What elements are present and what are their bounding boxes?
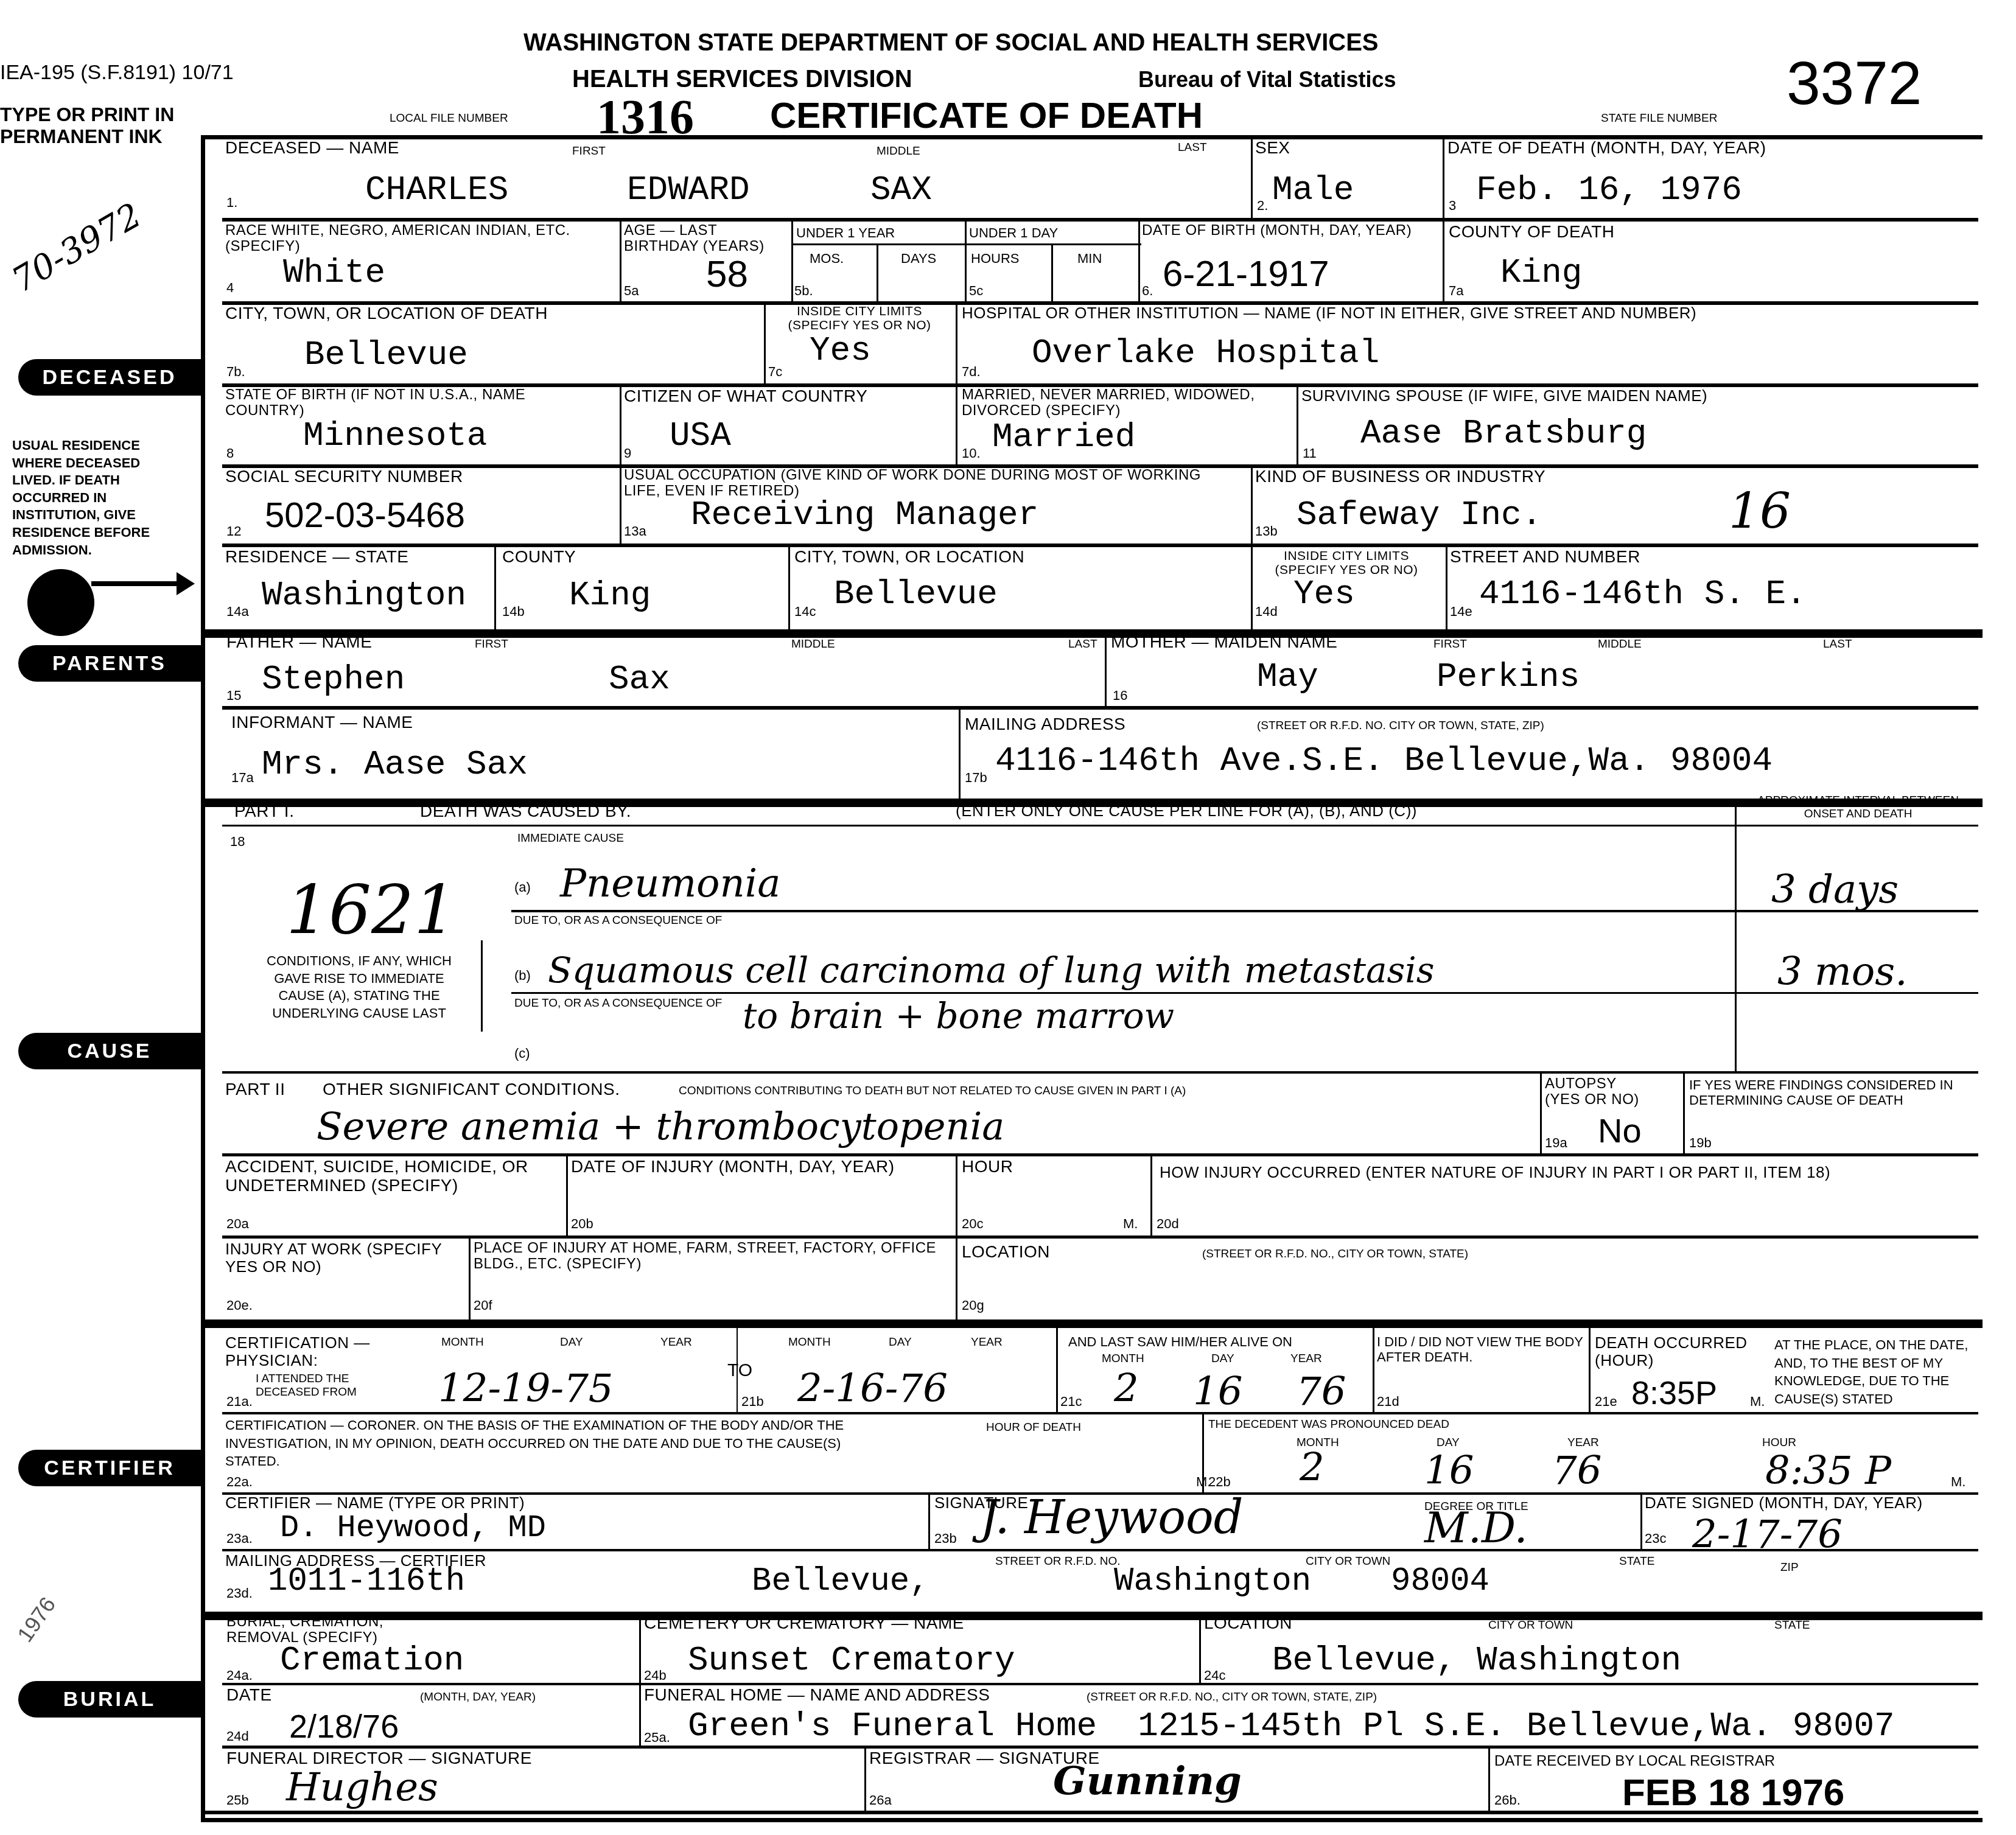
rule (222, 1683, 1978, 1685)
divider (1251, 545, 1253, 629)
race-value: White (283, 256, 385, 290)
item-number: 19b (1689, 1135, 1712, 1151)
res-inside-value: Yes (1293, 577, 1355, 611)
to-label: TO (727, 1360, 752, 1381)
informant-value: Mrs. Aase Sax (262, 747, 528, 781)
divider (864, 1748, 866, 1814)
state-file-number: 3372 (1787, 49, 1922, 119)
tab-parents: PARENTS (18, 645, 201, 682)
month-label: MONTH (1102, 1352, 1144, 1366)
place-label: PLACE OF INJURY AT HOME, FARM, STREET, F… (474, 1240, 948, 1273)
city-hint: CITY OR TOWN (1306, 1555, 1390, 1568)
last-saw-year: 76 (1297, 1372, 1346, 1411)
funeral-home-hint: (STREET OR R.F.D. NO., CITY OR TOWN, STA… (1087, 1691, 1377, 1704)
item-number: 10. (962, 446, 981, 461)
at-work-label: INJURY AT WORK (SPECIFY YES OR NO) (225, 1240, 457, 1275)
deceased-last: SAX (870, 173, 932, 207)
divider (956, 1155, 957, 1321)
item-number: 16 (1113, 688, 1127, 704)
certifier-signature: J. Heywood (980, 1494, 1243, 1540)
year-label: YEAR (660, 1336, 692, 1349)
tab-burial: BURIAL (18, 1681, 201, 1718)
physician-label: CERTIFICATION — PHYSICIAN: (225, 1334, 371, 1369)
item-number: 23c (1645, 1531, 1666, 1547)
month-label: MONTH (788, 1336, 831, 1349)
day-label: DAY (1437, 1436, 1460, 1450)
state-hint: STATE (1619, 1555, 1654, 1568)
divider (1297, 385, 1298, 466)
hospital-label: HOSPITAL OR OTHER INSTITUTION — NAME (IF… (962, 304, 1696, 322)
last-label: LAST (1178, 141, 1207, 155)
divider (1251, 139, 1253, 220)
cause-a-interval: 3 days (1771, 870, 1899, 909)
department-title: WASHINGTON STATE DEPARTMENT OF SOCIAL AN… (523, 29, 1379, 57)
hour-label: HOUR (1762, 1436, 1796, 1450)
conditions-note: CONDITIONS, IF ANY, WHICH GAVE RISE TO I… (256, 952, 463, 1022)
res-inside-label: INSIDE CITY LIMITS (SPECIFY YES OR NO) (1255, 549, 1438, 577)
occupation-value: Receiving Manager (691, 498, 1038, 532)
last-label: LAST (1823, 638, 1852, 651)
days-label: DAYS (901, 251, 936, 266)
cemetery-value: Sunset Crematory (688, 1643, 1015, 1677)
res-state-value: Washington (262, 578, 466, 612)
spouse-label: SURVIVING SPOUSE (IF WIFE, GIVE MAIDEN N… (1301, 387, 1707, 405)
death-hour: 8:35P (1631, 1377, 1717, 1410)
divider (1051, 243, 1053, 302)
certifier-zip: 98004 (1391, 1565, 1489, 1598)
item-number: 14c (794, 604, 816, 620)
item-number: 5c (969, 283, 983, 299)
divider (566, 1155, 568, 1237)
year-label: YEAR (1290, 1352, 1322, 1366)
margin-note: 70-3972 (7, 198, 147, 299)
first-label: FIRST (1433, 638, 1467, 651)
item-number: 1. (226, 195, 237, 211)
residence-note: USUAL RESIDENCE WHERE DECEASED LIVED. IF… (12, 437, 170, 559)
occupation-label: USUAL OCCUPATION (GIVE KIND OF WORK DONE… (624, 467, 1233, 500)
item-number: 20f (474, 1298, 492, 1313)
location-hint: (STREET OR R.F.D. NO., CITY OR TOWN, STA… (1202, 1248, 1468, 1261)
divider (959, 708, 961, 799)
arrow-right-icon (91, 581, 189, 586)
registrar-signature: Gunning (1053, 1762, 1242, 1801)
marital-value: Married (992, 420, 1135, 454)
item-number: 2. (1257, 198, 1268, 214)
divider (1105, 629, 1107, 707)
item-number: 20g (962, 1298, 984, 1313)
tab-deceased: DECEASED (18, 359, 201, 396)
item-number: 21c (1060, 1394, 1082, 1410)
deceased-middle: EDWARD (627, 173, 750, 207)
item-number: 22a. (226, 1474, 253, 1490)
middle-label: MIDDLE (791, 638, 835, 651)
item-number: 26b. (1494, 1792, 1521, 1808)
due-to-label-b: DUE TO, OR AS A CONSEQUENCE OF (514, 997, 722, 1010)
death-hour-label: DEATH OCCURRED (HOUR) (1595, 1334, 1771, 1369)
divider (877, 243, 878, 302)
item-number: 21e (1595, 1394, 1617, 1410)
marital-label: MARRIED, NEVER MARRIED, WIDOWED, DIVORCE… (962, 387, 1260, 419)
item-number: 24c (1204, 1668, 1225, 1683)
divider (1373, 1321, 1374, 1413)
pronounced-year: 76 (1552, 1452, 1601, 1491)
rule (222, 825, 1978, 827)
item-number: 21a. (226, 1394, 253, 1410)
divider (1443, 139, 1444, 220)
item-number: 7a (1449, 283, 1463, 299)
item-number: 20a (226, 1216, 249, 1232)
day-label: DAY (889, 1336, 912, 1349)
date-of-birth: 6-21-1917 (1163, 256, 1329, 292)
business-value: Safeway Inc. (1297, 498, 1542, 532)
mother-first: May (1257, 660, 1318, 694)
mailing-value: 4116-146th Ave.S.E. Bellevue,Wa. 98004 (995, 744, 1773, 778)
divider (494, 545, 496, 629)
inside-limits-label: INSIDE CITY LIMITS (SPECIFY YES OR NO) (768, 304, 951, 332)
rule (201, 1811, 1978, 1814)
father-last: Sax (609, 662, 670, 696)
injury-date-label: DATE OF INJURY (MONTH, DAY, YEAR) (571, 1158, 894, 1176)
rule (222, 1236, 1978, 1239)
date-signed: 2-17-76 (1692, 1515, 1843, 1554)
divider (956, 385, 957, 466)
sex-label: SEX (1255, 139, 1290, 158)
inside-limits-value: Yes (810, 334, 871, 368)
divider (481, 940, 483, 1032)
divider (620, 385, 621, 545)
age-label: AGE — LAST BIRTHDAY (YEARS) (624, 223, 788, 255)
item-number: 11 (1303, 446, 1317, 461)
name-label: DECEASED — NAME (225, 139, 399, 158)
res-city-label: CITY, TOWN, OR LOCATION (794, 548, 1024, 567)
item-number: 3 (1449, 198, 1456, 214)
race-label: RACE WHITE, NEGRO, AMERICAN INDIAN, ETC.… (225, 223, 615, 255)
item-number: 18 (230, 834, 245, 850)
item-number: 23a. (226, 1531, 253, 1547)
attended-to: 2-16-76 (797, 1369, 948, 1408)
item-number: 8 (226, 446, 234, 461)
rule (511, 992, 1978, 994)
father-first: Stephen (262, 662, 405, 696)
middle-label: MIDDLE (877, 145, 920, 158)
m-suffix: M. (1951, 1474, 1965, 1490)
certifier-street: 1011-116th (268, 1565, 465, 1598)
state-file-label: STATE FILE NUMBER (1601, 112, 1717, 125)
instruction-line1: TYPE OR PRINT IN (0, 103, 174, 126)
item-number: 17b (965, 770, 987, 786)
mailing-label: MAILING ADDRESS (965, 715, 1125, 734)
cause-c-label: (c) (514, 1046, 530, 1061)
divider (1056, 1321, 1058, 1413)
attended-from: 12-19-75 (438, 1369, 614, 1408)
divider (956, 303, 957, 385)
item-number: 25b (226, 1792, 249, 1808)
city-label: CITY, TOWN, OR LOCATION OF DEATH (225, 304, 548, 323)
mother-label: MOTHER — MAIDEN NAME (1111, 633, 1337, 652)
street-label: STREET AND NUMBER (1450, 548, 1640, 567)
bureau-title: Bureau of Vital Statistics (1138, 67, 1396, 93)
certifier-degree: M.D. (1424, 1506, 1528, 1549)
birth-state-value: Minnesota (303, 419, 487, 453)
received-date: FEB 18 1976 (1622, 1774, 1844, 1812)
location-label: LOCATION (962, 1243, 1050, 1262)
item-number: 24d (226, 1728, 249, 1744)
disposition-value: Cremation (280, 1643, 464, 1677)
cause-a-label: (a) (514, 879, 531, 895)
divider (1640, 1494, 1642, 1550)
attended-label: I ATTENDED THE DECEASED FROM (256, 1372, 414, 1399)
date-hint: (MONTH, DAY, YEAR) (420, 1691, 536, 1704)
city-value: Bellevue (304, 338, 468, 372)
burial-location: Bellevue, Washington (1272, 1643, 1681, 1677)
item-number: 25a. (644, 1730, 670, 1746)
divider (1202, 1413, 1204, 1494)
immediate-label: IMMEDIATE CAUSE (517, 832, 624, 845)
findings-label: IF YES WERE FINDINGS CONSIDERED IN DETER… (1689, 1077, 1975, 1108)
day-label: DAY (560, 1336, 583, 1349)
item-number: 26a (869, 1792, 892, 1808)
rule (222, 706, 1978, 710)
cause-b: Squamous cell carcinoma of lung with met… (548, 952, 1435, 988)
funeral-home-value: Green's Funeral Home 1215-145th Pl S.E. … (688, 1709, 1895, 1743)
item-number: 23b (934, 1531, 957, 1547)
arrow-head-icon (177, 572, 195, 595)
item-number: 13b (1255, 523, 1278, 539)
item-number: 20b (571, 1216, 593, 1232)
county-value: King (1500, 256, 1582, 290)
funeral-home-label: FUNERAL HOME — NAME AND ADDRESS (644, 1686, 990, 1705)
item-number: 9 (624, 446, 631, 461)
enter-one-label: (ENTER ONLY ONE CAUSE PER LINE FOR (a), … (956, 802, 1417, 820)
ssn-label: SOCIAL SECURITY NUMBER (225, 467, 463, 486)
mos-label: MOS. (810, 251, 844, 266)
divider (1540, 1072, 1542, 1155)
last-saw-label: AND LAST SAW HIM/HER ALIVE ON (1068, 1334, 1292, 1349)
divider (469, 1238, 471, 1321)
pronounced-hour: 8:35 P (1765, 1452, 1891, 1491)
business-label: KIND OF BUSINESS OR INDUSTRY (1255, 467, 1545, 486)
divider (1150, 1155, 1152, 1237)
pointer-dot-icon (27, 569, 94, 636)
view-body-label: I DID / DID NOT VIEW THE BODY AFTER DEAT… (1377, 1334, 1584, 1365)
divider (1138, 222, 1140, 302)
under-year-label: UNDER 1 YEAR (796, 225, 895, 240)
item-number: 5a (624, 283, 639, 299)
divider (1735, 799, 1737, 1072)
certifier-city: Bellevue, (752, 1565, 929, 1598)
res-state-label: RESIDENCE — STATE (225, 548, 409, 567)
hospital-value: Overlake Hospital (1032, 336, 1379, 370)
form-id: IEA-195 (S.F.8191) 10/71 (0, 61, 234, 85)
autopsy-label: AUTOPSY (YES OR NO) (1545, 1076, 1654, 1108)
autopsy-value: No (1598, 1114, 1642, 1148)
m-suffix: M. (1750, 1394, 1765, 1410)
pronounced-month: 2 (1300, 1449, 1325, 1487)
last-saw-day: 16 (1193, 1372, 1242, 1411)
date-of-death: Feb. 16, 1976 (1476, 173, 1742, 207)
item-number: 20c (962, 1216, 983, 1232)
tab-cause: CAUSE (18, 1033, 201, 1069)
certifier-name: D. Heywood, MD (280, 1512, 546, 1544)
burial-location-label: LOCATION (1204, 1614, 1292, 1633)
deceased-first: CHARLES (365, 173, 508, 207)
item-number: 22b (1208, 1474, 1231, 1490)
burial-date-label: DATE (226, 1686, 272, 1705)
item-number: 14a (226, 604, 249, 620)
item-number: 14d (1255, 604, 1278, 620)
caused-by-label: DEATH WAS CAUSED BY. (420, 802, 631, 821)
rule (222, 1412, 1978, 1414)
local-file-label: LOCAL FILE NUMBER (390, 112, 508, 125)
cemetery-label: CEMETERY OR CREMATORY — NAME (644, 1614, 964, 1633)
business-annotation: 16 (1729, 487, 1791, 536)
rule (222, 218, 1978, 222)
last-saw-month: 2 (1114, 1369, 1139, 1408)
item-number: 12 (226, 523, 241, 539)
rule (222, 1153, 1978, 1156)
due-to-label-a: DUE TO, OR AS A CONSEQUENCE OF (514, 914, 722, 928)
street-hint: STREET OR R.F.D. NO. (995, 1555, 1121, 1568)
cause-b-interval: 3 mos. (1777, 952, 1907, 991)
item-number: 7d. (962, 364, 981, 380)
item-number: 14b (502, 604, 525, 620)
item-number: 20e. (226, 1298, 253, 1313)
first-label: FIRST (475, 638, 508, 651)
divider (639, 1613, 641, 1747)
informant-label: INFORMANT — NAME (231, 713, 413, 732)
cause-b-cont: to brain + bone marrow (743, 998, 1174, 1033)
cause-code: 1621 (286, 876, 457, 943)
citizen-value: USA (670, 419, 731, 453)
item-number: 20d (1157, 1216, 1179, 1232)
item-number: 17a (231, 770, 254, 786)
instruction-line2: PERMANENT INK (0, 125, 163, 148)
item-number: 14e (1450, 604, 1472, 620)
item-number: 13a (624, 523, 646, 539)
ssn-value: 502-03-5468 (265, 498, 465, 533)
item-number: 7c (768, 364, 782, 380)
item-number: 24b (644, 1668, 667, 1683)
year-label: YEAR (1567, 1436, 1599, 1450)
zip-hint: ZIP (1780, 1561, 1799, 1575)
divider (1446, 545, 1447, 629)
hour-label: HOUR (962, 1158, 1013, 1176)
min-label: MIN (1077, 251, 1102, 266)
divider (764, 303, 766, 385)
item-number: 24a. (226, 1668, 253, 1683)
received-stamp: 1976 (12, 1592, 61, 1647)
rule (222, 544, 1978, 547)
interval-label: APPROXIMATE INTERVAL BETWEEN ONSET AND D… (1738, 794, 1978, 821)
item-number: 21b (741, 1394, 764, 1410)
item-number: 19a (1545, 1135, 1567, 1151)
state-hint: STATE (1774, 1619, 1810, 1632)
divider (1683, 1072, 1685, 1155)
other-label: OTHER SIGNIFICANT CONDITIONS. (323, 1080, 620, 1099)
res-county-label: COUNTY (502, 548, 576, 567)
rule (511, 910, 1978, 912)
other-conditions: Severe anemia + thrombocytopenia (317, 1108, 1004, 1145)
item-number: 7b. (226, 364, 245, 380)
director-signature: Hughes (286, 1768, 438, 1807)
day-label: DAY (1211, 1352, 1234, 1366)
county-label: COUNTY OF DEATH (1449, 223, 1614, 242)
pronounced-day: 16 (1424, 1452, 1474, 1491)
cause-b-label: (b) (514, 968, 531, 984)
m-suffix: M. (1123, 1216, 1138, 1232)
hours-label: HOURS (971, 251, 1019, 266)
item-number: 15 (226, 688, 241, 704)
item-number: 21d (1377, 1394, 1399, 1410)
divider (965, 222, 967, 302)
burial-date: 2/18/76 (289, 1710, 399, 1743)
father-label: FATHER — NAME (226, 633, 372, 652)
age-value: 58 (706, 256, 748, 293)
citizen-label: CITIZEN OF WHAT COUNTRY (624, 387, 867, 406)
dod-label: DATE OF DEATH (MONTH, DAY, YEAR) (1447, 139, 1766, 158)
middle-label: MIDDLE (1598, 638, 1642, 651)
part2-label: PART II (225, 1080, 285, 1099)
how-label: HOW INJURY OCCURRED (ENTER NATURE OF INJ… (1160, 1164, 1830, 1181)
divider (791, 222, 793, 302)
received-label: DATE RECEIVED BY LOCAL REGISTRAR (1494, 1753, 1775, 1770)
date-signed-label: DATE SIGNED (MONTH, DAY, YEAR) (1645, 1494, 1923, 1512)
other-hint: CONDITIONS CONTRIBUTING TO DEATH BUT NOT… (679, 1085, 1186, 1098)
res-county-value: King (569, 578, 651, 612)
spouse-value: Aase Bratsburg (1360, 416, 1647, 450)
coroner-label: CERTIFICATION — CORONER. ON THE BASIS OF… (225, 1416, 864, 1470)
divider (1589, 1321, 1591, 1413)
divider (1488, 1748, 1490, 1814)
last-label: LAST (1068, 638, 1097, 651)
division-title: HEALTH SERVICES DIVISION (572, 66, 912, 93)
item-number: 5b. (794, 283, 813, 299)
hour-of-death-label: HOUR OF DEATH (986, 1421, 1081, 1435)
divider (928, 1494, 930, 1550)
divider (1443, 222, 1444, 302)
first-label: FIRST (572, 145, 606, 158)
certifier-state: Washington (1114, 1565, 1311, 1598)
attest-label: AT THE PLACE, ON THE DATE, AND, TO THE B… (1774, 1336, 1975, 1408)
item-number: 23d. (226, 1585, 253, 1601)
divider (1251, 466, 1253, 545)
pronounced-label: THE DECEDENT WAS PRONOUNCED DEAD (1208, 1418, 1449, 1431)
divider (1199, 1613, 1201, 1685)
item-number: 6. (1142, 283, 1153, 299)
sex-value: Male (1272, 173, 1354, 207)
certificate-title: CERTIFICATE OF DEATH (770, 94, 1203, 136)
certifier-name-label: CERTIFIER — NAME (TYPE OR PRINT) (225, 1494, 525, 1512)
res-city-value: Bellevue (834, 577, 998, 611)
divider (737, 1321, 738, 1412)
dob-label: DATE OF BIRTH (MONTH, DAY, YEAR) (1142, 223, 1422, 239)
city-hint: CITY OR TOWN (1488, 1619, 1573, 1632)
cause-a: Pneumonia (560, 864, 780, 903)
street-value: 4116-146th S. E. (1479, 577, 1807, 611)
under-day-label: UNDER 1 DAY (969, 225, 1058, 240)
birth-state-label: STATE OF BIRTH (IF NOT IN U.S.A., NAME C… (225, 387, 609, 419)
mailing-hint: (STREET OR R.F.D. NO. CITY OR TOWN, STAT… (1257, 719, 1544, 733)
divider (788, 545, 790, 629)
part1-label: PART I. (234, 802, 294, 821)
divider (620, 222, 621, 302)
item-number: 4 (226, 280, 234, 296)
mother-last: Perkins (1437, 660, 1580, 694)
year-label: YEAR (971, 1336, 1003, 1349)
rule (222, 1071, 1978, 1074)
manner-label: ACCIDENT, SUICIDE, HOMICIDE, OR UNDETERM… (225, 1158, 554, 1195)
month-label: MONTH (441, 1336, 484, 1349)
